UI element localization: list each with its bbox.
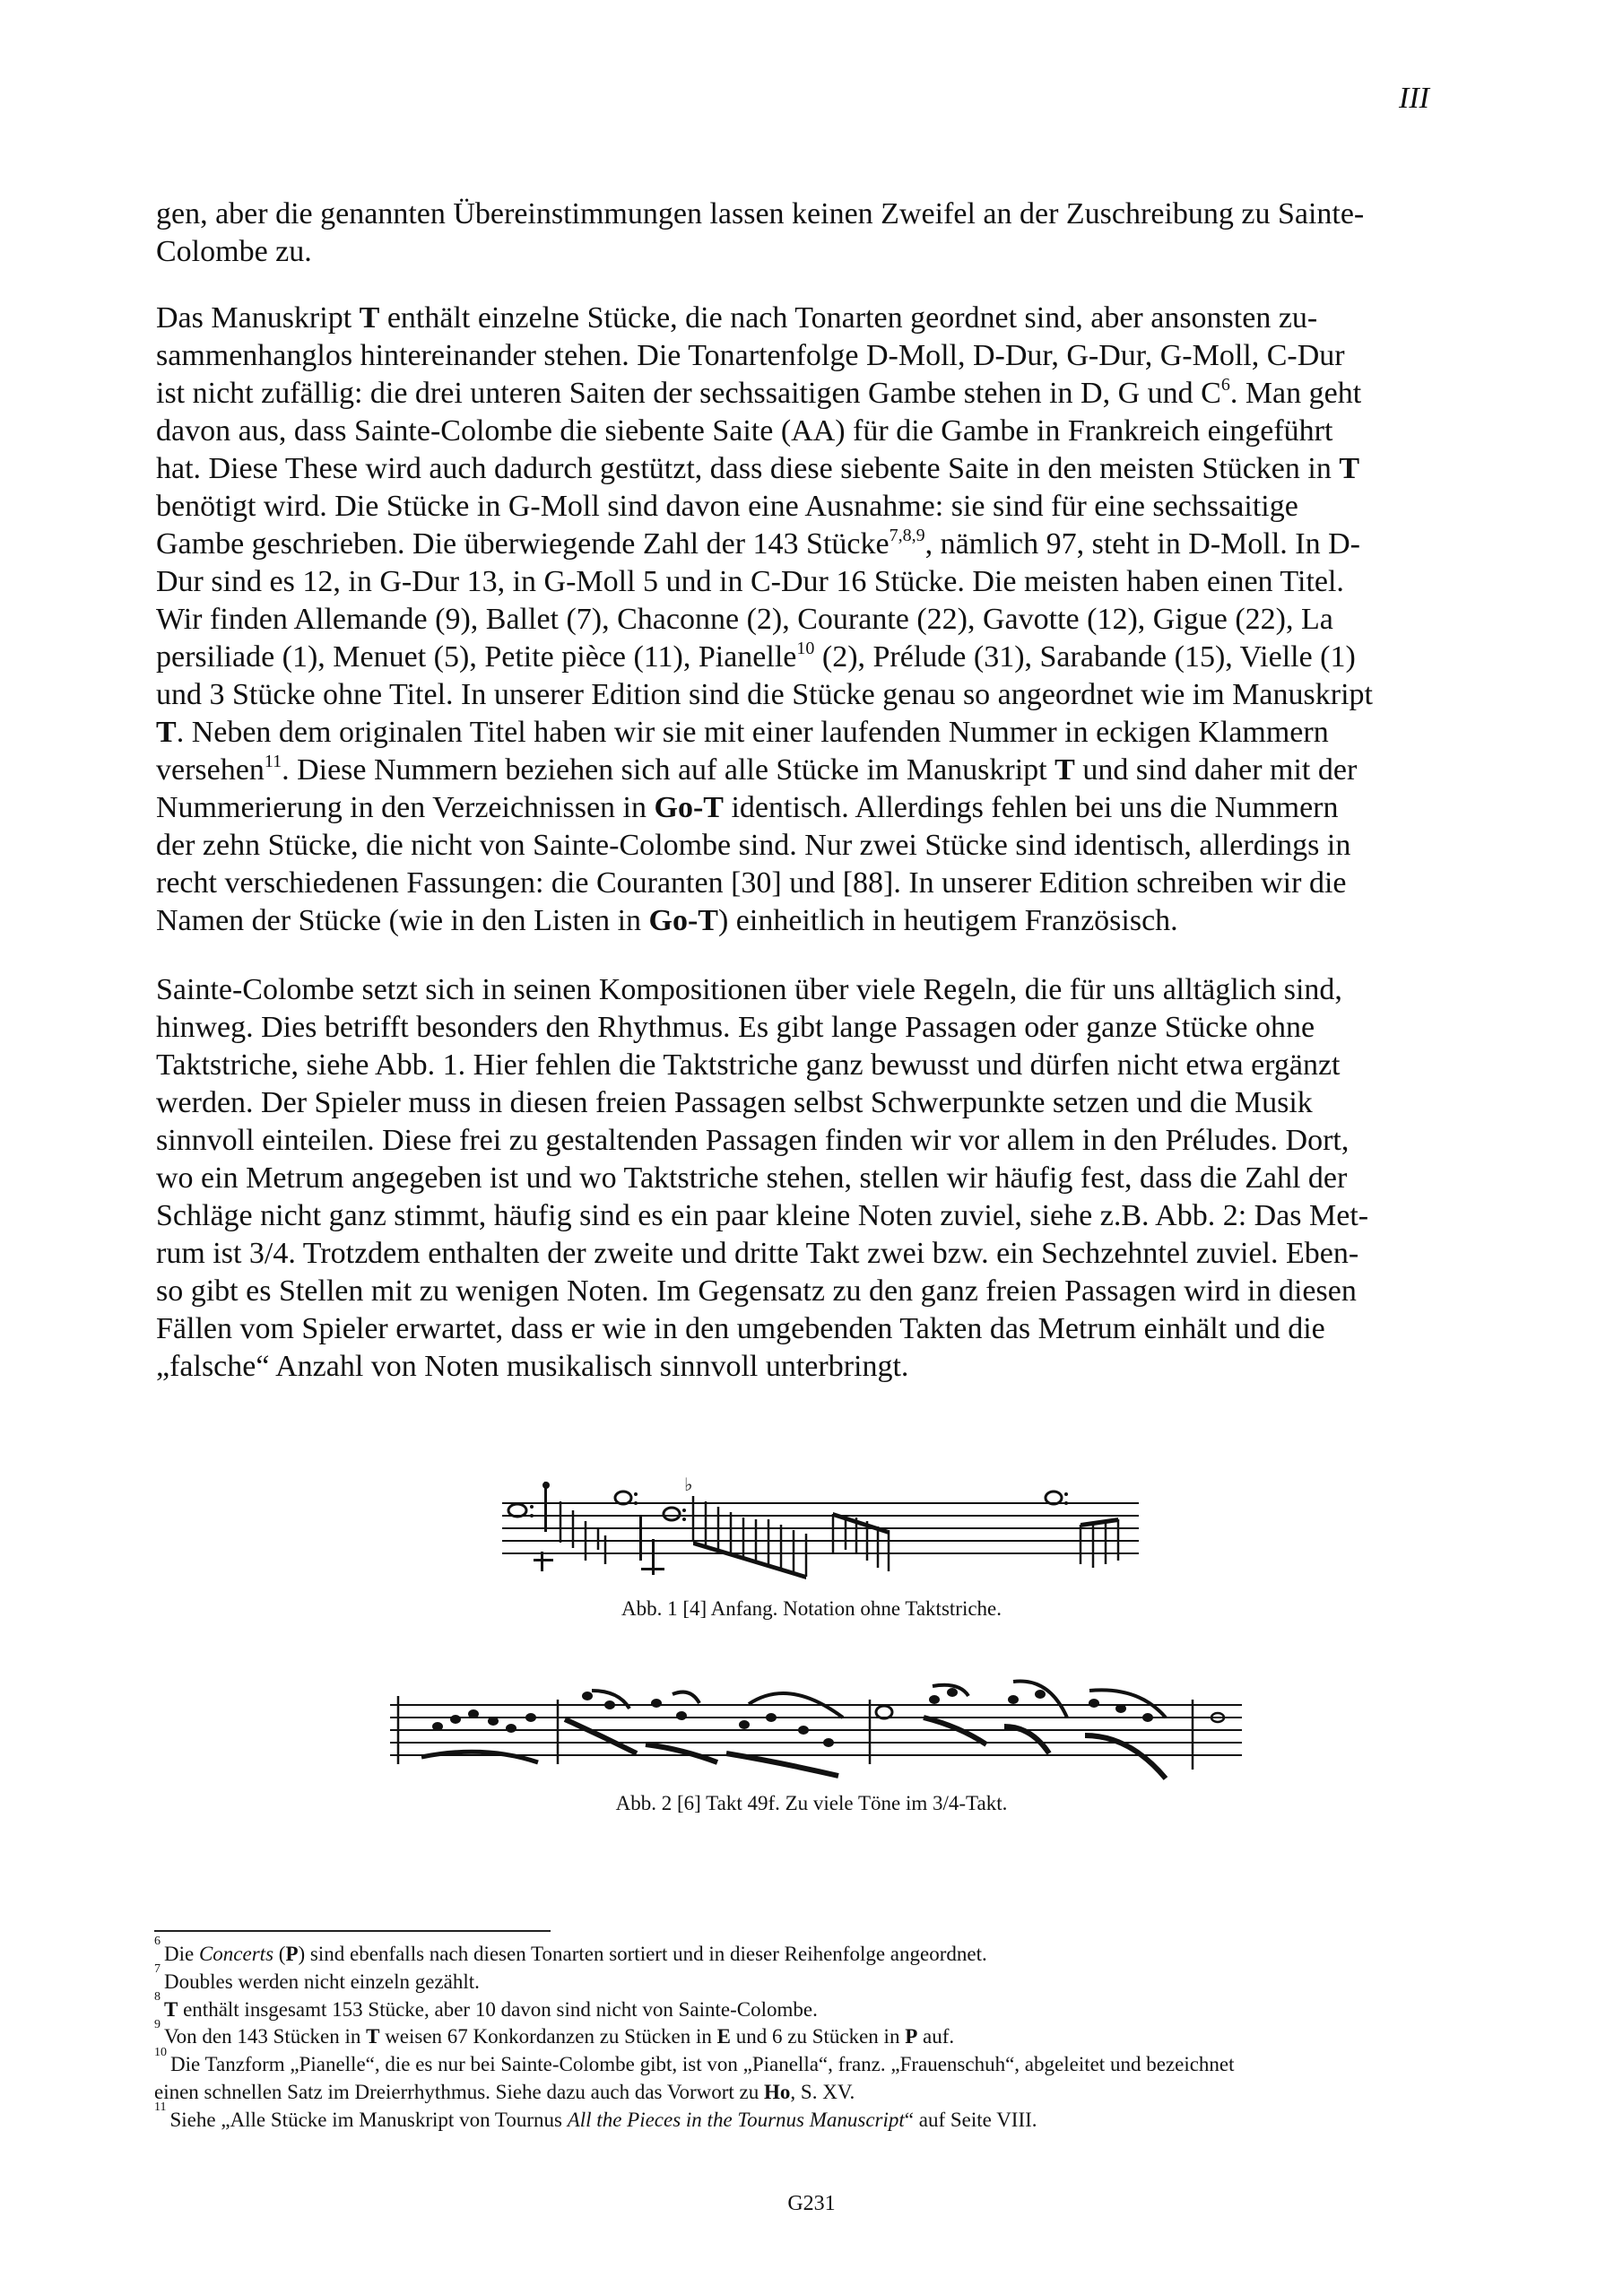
text-line: Nummerierung in den Verzeichnissen in Go…: [156, 789, 1483, 827]
footnote-reference: 11: [265, 752, 282, 771]
footnote-reference: 10: [796, 639, 814, 658]
text-line: persiliade (1), Menuet (5), Petite pièce…: [156, 639, 1483, 676]
footnote-line: 7Doubles werden nicht einzeln gezählt.: [154, 1969, 1481, 1996]
text-line: versehen11. Diese Nummern beziehen sich …: [156, 752, 1483, 789]
text-line: Sainte-Colombe setzt sich in seinen Komp…: [156, 971, 1483, 1009]
text-line: Taktstriche, siehe Abb. 1. Hier fehlen d…: [156, 1047, 1483, 1084]
bold-siglum: T: [360, 301, 380, 335]
footnote-line: 10Die Tanzform „Pianelle“, die es nur be…: [154, 2051, 1481, 2079]
text-line: Colombe zu.: [156, 233, 1483, 271]
text-line: so gibt es Stellen mit zu wenigen Noten.…: [156, 1273, 1483, 1310]
footnote-number: 10: [154, 2046, 167, 2059]
bold-siglum: Go-T: [655, 791, 724, 824]
footnote-line: 6Die Concerts (P) sind ebenfalls nach di…: [154, 1941, 1481, 1969]
text-line: der zehn Stücke, die nicht von Sainte-Co…: [156, 827, 1483, 865]
footnote-line: 9Von den 143 Stücken in T weisen 67 Konk…: [154, 2023, 1481, 2051]
text-line: benötigt wird. Die Stücke in G-Moll sind…: [156, 488, 1483, 526]
bold-siglum: T: [1339, 452, 1359, 485]
text-line: ist nicht zufällig: die drei unteren Sai…: [156, 375, 1483, 413]
music-notation-image: [386, 1664, 1246, 1785]
bold-siglum: Go-T: [649, 904, 718, 937]
text-line: wo ein Metrum angegeben ist und wo Takts…: [156, 1160, 1483, 1197]
text-line: „falsche“ Anzahl von Noten musikalisch s…: [156, 1348, 1483, 1386]
figure-2-music-excerpt: [386, 1664, 1246, 1785]
text-line: Dur sind es 12, in G-Dur 13, in G-Moll 5…: [156, 563, 1483, 601]
text-line: davon aus, dass Sainte-Colombe die siebe…: [156, 413, 1483, 450]
paragraph-2: Das Manuskript T enthält einzelne Stücke…: [156, 300, 1483, 940]
page-footer-code: G231: [0, 2191, 1623, 2216]
footnote-line: 8T enthält insgesamt 153 Stücke, aber 10…: [154, 1996, 1481, 2024]
svg-text:♭: ♭: [684, 1474, 692, 1495]
footnote-number: 9: [154, 2018, 161, 2031]
bold-siglum: T: [366, 2025, 379, 2048]
italic-title: Concerts: [199, 1943, 273, 1965]
text-line: rum ist 3/4. Trotzdem enthalten der zwei…: [156, 1235, 1483, 1273]
bold-siglum: Ho: [764, 2081, 790, 2103]
bold-siglum: T: [1055, 753, 1075, 787]
paragraph-1: gen, aber die genannten Übereinstimmunge…: [156, 196, 1483, 271]
text-line: Gambe geschrieben. Die überwiegende Zahl…: [156, 526, 1483, 563]
paragraph-3: Sainte-Colombe setzt sich in seinen Komp…: [156, 971, 1483, 1386]
bold-siglum: T: [156, 716, 177, 749]
figure-1-music-excerpt: ♭: [498, 1471, 1143, 1583]
text-line: T. Neben dem originalen Titel haben wir …: [156, 714, 1483, 752]
text-line: und 3 Stücke ohne Titel. In unserer Edit…: [156, 676, 1483, 714]
text-line: Schläge nicht ganz stimmt, häufig sind e…: [156, 1197, 1483, 1235]
text-line: Namen der Stücke (wie in den Listen in G…: [156, 902, 1483, 940]
footnote-separator: [154, 1930, 551, 1932]
page-number: III: [1399, 81, 1429, 117]
text-line: Wir finden Allemande (9), Ballet (7), Ch…: [156, 601, 1483, 639]
italic-title: All the Pieces in the Tournus Manuscript: [568, 2109, 905, 2131]
footnotes: 6Die Concerts (P) sind ebenfalls nach di…: [154, 1941, 1481, 2135]
figure-1-caption: Abb. 1 [4] Anfang. Notation ohne Taktstr…: [0, 1596, 1623, 1622]
bold-siglum: E: [717, 2025, 731, 2048]
music-notation-image: ♭: [498, 1471, 1143, 1583]
footnote-number: 11: [154, 2100, 166, 2114]
footnote-number: 8: [154, 1990, 161, 2004]
footnote-number: 7: [154, 1962, 161, 1976]
text-line: hinweg. Dies betrifft besonders den Rhyt…: [156, 1009, 1483, 1047]
figure-2-caption: Abb. 2 [6] Takt 49f. Zu viele Töne im 3/…: [0, 1791, 1623, 1816]
text-line: Das Manuskript T enthält einzelne Stücke…: [156, 300, 1483, 337]
footnote-line: 11Siehe „Alle Stücke im Manuskript von T…: [154, 2107, 1481, 2135]
text-line: sammenhanglos hintereinander stehen. Die…: [156, 337, 1483, 375]
text-line: Fällen vom Spieler erwartet, dass er wie…: [156, 1310, 1483, 1348]
bold-siglum: T: [164, 1998, 178, 2021]
text-line: hat. Diese These wird auch dadurch gestü…: [156, 450, 1483, 488]
text-line: werden. Der Spieler muss in diesen freie…: [156, 1084, 1483, 1122]
bold-siglum: P: [285, 1943, 298, 1965]
footnote-number: 6: [154, 1935, 161, 1948]
footnote-reference: 7,8,9: [890, 526, 925, 545]
text-line: recht verschiedenen Fassungen: die Coura…: [156, 865, 1483, 902]
text-line: sinnvoll einteilen. Diese frei zu gestal…: [156, 1122, 1483, 1160]
bold-siglum: P: [905, 2025, 917, 2048]
footnote-line: einen schnellen Satz im Dreierrhythmus. …: [154, 2079, 1481, 2107]
text-line: gen, aber die genannten Übereinstimmunge…: [156, 196, 1483, 233]
footnote-reference: 6: [1221, 375, 1230, 395]
